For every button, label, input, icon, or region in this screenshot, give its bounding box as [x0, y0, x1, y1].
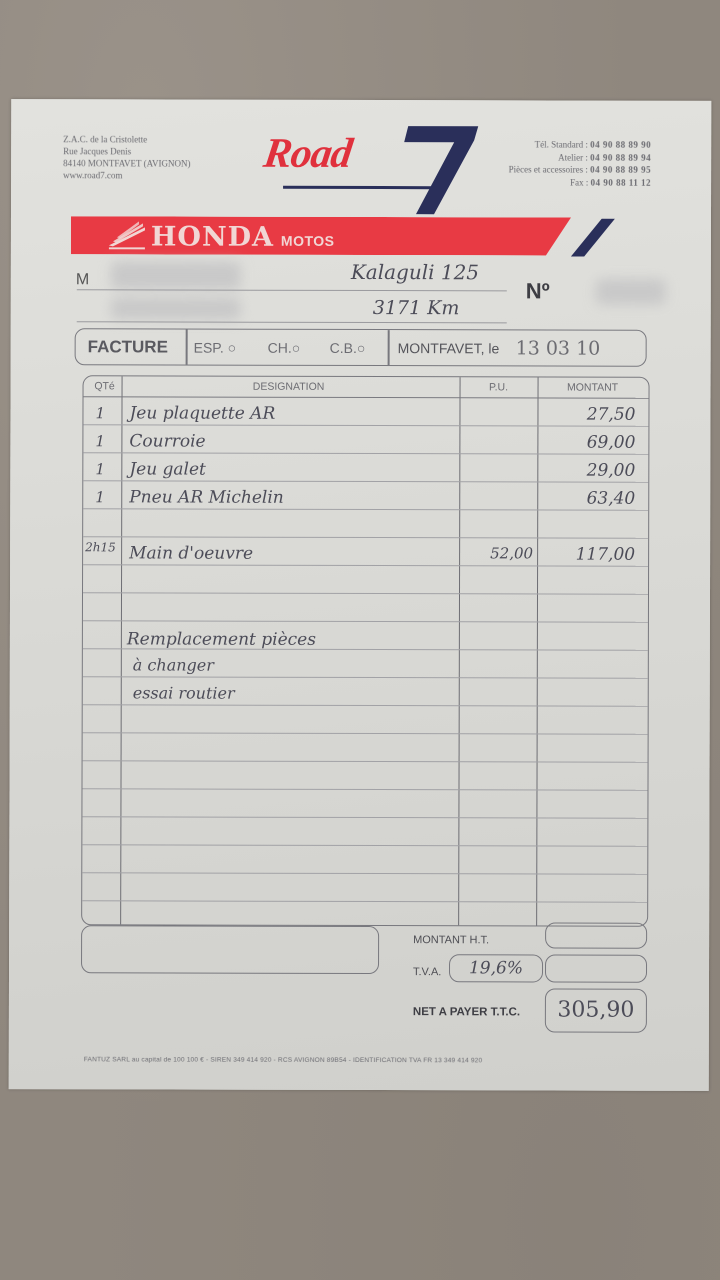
- address-line: Z.A.C. de la Cristolette: [63, 133, 190, 145]
- row-designation: Jeu plaquette AR: [129, 403, 275, 423]
- bar-divider: [186, 330, 188, 365]
- radio-circle-icon: ○: [292, 339, 301, 355]
- vat-rate: 19,6%: [449, 954, 543, 982]
- invoice-date: 13 03 10: [516, 330, 601, 365]
- row-designation: Pneu AR Michelin: [129, 487, 284, 507]
- row-rule: [83, 732, 648, 734]
- row-rule: [83, 760, 648, 762]
- subtotal-value-box: [545, 922, 647, 948]
- payment-option-cheque[interactable]: CH.○: [268, 330, 301, 365]
- row-amount: 63,40: [543, 488, 635, 508]
- invoice-paper: Z.A.C. de la Cristolette Rue Jacques Den…: [9, 99, 712, 1091]
- row-amount: 27,50: [543, 404, 635, 424]
- payment-option-cash[interactable]: ESP. ○: [194, 330, 237, 365]
- bar-divider: [388, 330, 390, 365]
- invoice-items-table: QTé DESIGNATION P.U. MONTANT 1 Jeu plaqu…: [81, 375, 649, 926]
- row-rule: [82, 872, 647, 874]
- row-rule: [82, 844, 647, 846]
- radio-circle-icon: ○: [357, 339, 366, 355]
- column-header-unit-price: P.U.: [462, 381, 536, 393]
- row-rule: [83, 676, 648, 678]
- company-address: Z.A.C. de la Cristolette Rue Jacques Den…: [63, 133, 190, 181]
- row-qty: 1: [95, 404, 105, 422]
- table-row: 2h15 Main d'oeuvre 52,00 117,00: [84, 376, 649, 377]
- invoice-title: FACTURE: [88, 329, 168, 364]
- address-line: 84140 MONTFAVET (AVIGNON): [63, 157, 190, 169]
- total-value: 305,90: [545, 988, 647, 1032]
- note-line: à changer: [133, 655, 214, 674]
- vat-label: T.V.A.: [413, 966, 441, 978]
- row-amount: 69,00: [543, 432, 635, 452]
- row-rule: [82, 788, 647, 790]
- place-label: MONTFAVET, le: [398, 330, 500, 365]
- invoice-info-bar: FACTURE ESP. ○ CH.○ C.B.○ MONTFAVET, le …: [75, 328, 647, 366]
- honda-wing-icon: [107, 221, 147, 249]
- payment-option-card[interactable]: C.B.○: [330, 330, 366, 365]
- column-divider: [120, 376, 123, 924]
- address-line: www.road7.com: [63, 169, 190, 181]
- total-label: NET A PAYER T.T.C.: [413, 1006, 520, 1018]
- subtotal-label: MONTANT H.T.: [413, 934, 489, 946]
- contact-row: Fax : 04 90 88 11 12: [509, 176, 652, 189]
- customer-line-2: [77, 321, 507, 323]
- road7-logo-seven-icon: [386, 116, 486, 216]
- table-row: 1 Jeu galet 29,00: [84, 376, 649, 377]
- row-designation: Jeu galet: [129, 459, 206, 479]
- customer-name-redacted: [111, 261, 241, 289]
- header-rule: [84, 396, 649, 398]
- row-rule: [82, 900, 647, 902]
- road7-logo-text: Road: [261, 130, 355, 178]
- row-qty: 1: [95, 460, 105, 478]
- vehicle-mileage: 3171 Km: [373, 297, 460, 319]
- row-rule: [83, 620, 648, 622]
- row-designation: Main d'oeuvre: [129, 543, 253, 563]
- radio-circle-icon: ○: [228, 339, 237, 355]
- row-rule: [83, 704, 648, 706]
- contact-row: Pièces et accessoires : 04 90 88 89 95: [509, 163, 652, 176]
- table-row: 1 Jeu plaquette AR 27,50: [84, 376, 649, 377]
- row-amount: 29,00: [543, 460, 635, 480]
- customer-label: M: [76, 271, 89, 289]
- legal-footer: FANTUZ SARL au capital de 100 100 € - SI…: [84, 1056, 483, 1064]
- row-rule: [83, 480, 648, 482]
- company-contacts: Tél. Standard : 04 90 88 89 90 Atelier :…: [509, 138, 652, 188]
- column-header-qty: QTé: [88, 380, 122, 392]
- note-line: essai routier: [133, 683, 235, 702]
- row-rule: [83, 536, 648, 538]
- row-qty: 2h15: [85, 540, 116, 554]
- address-line: Rue Jacques Denis: [63, 145, 190, 157]
- motos-text: MOTOS: [281, 233, 335, 249]
- row-rule: [83, 592, 648, 594]
- row-rule: [82, 816, 647, 818]
- table-row: 1 Pneu AR Michelin 63,40: [84, 376, 649, 377]
- invoice-number-label: Nº: [526, 278, 550, 304]
- column-divider: [536, 377, 539, 925]
- row-rule: [83, 564, 648, 566]
- remarks-box: [81, 925, 379, 974]
- row-unit-price: 52,00: [463, 544, 533, 562]
- row-designation: Courroie: [129, 431, 205, 451]
- note-line: Remplacement pièces: [127, 629, 316, 649]
- customer-address-redacted: [111, 297, 241, 319]
- honda-brand-text: HONDA: [151, 221, 274, 252]
- invoice-number-redacted: [596, 279, 666, 305]
- customer-line-1: [77, 289, 507, 291]
- blue-accent-stripe: [571, 219, 615, 257]
- column-header-amount: MONTANT: [540, 381, 646, 393]
- row-qty: 1: [95, 488, 105, 506]
- row-rule: [83, 424, 648, 426]
- contact-row: Tél. Standard : 04 90 88 89 90: [509, 138, 652, 151]
- column-header-designation: DESIGNATION: [124, 380, 454, 393]
- column-divider: [458, 377, 461, 925]
- table-row: 1 Courroie 69,00: [84, 376, 649, 377]
- vehicle-model: Kalaguli 125: [351, 260, 479, 284]
- vat-value-box: [545, 954, 647, 982]
- contact-row: Atelier : 04 90 88 89 94: [509, 151, 652, 164]
- row-amount: 117,00: [543, 544, 635, 564]
- row-qty: 1: [95, 432, 105, 450]
- row-rule: [83, 508, 648, 510]
- row-rule: [83, 452, 648, 454]
